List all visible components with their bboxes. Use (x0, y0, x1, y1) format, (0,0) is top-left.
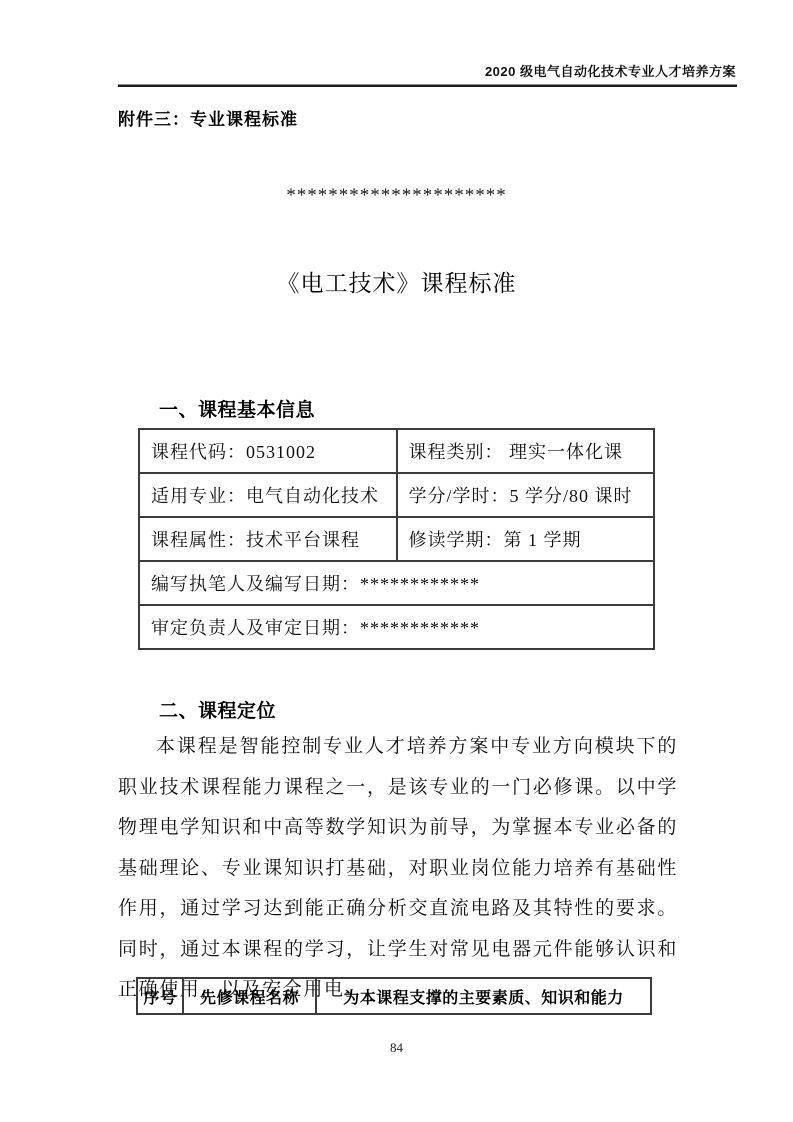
basic-info-table: 课程代码：0531002 课程类别： 理实一体化课 适用专业：电气自动化技术 学… (138, 428, 655, 650)
table-row: 适用专业：电气自动化技术 学分/学时：5 学分/80 课时 (139, 473, 654, 517)
table-row: 编写执笔人及编写日期：************ (139, 561, 654, 605)
study-semester-cell: 修读学期：第 1 学期 (397, 517, 655, 561)
attachment-heading: 附件三：专业课程标准 (118, 105, 298, 130)
course-code-cell: 课程代码：0531002 (139, 429, 397, 473)
stars-divider: ********************* (0, 185, 793, 207)
document-page: 2020 级电气自动化技术专业人才培养方案 附件三：专业课程标准 *******… (0, 0, 793, 1122)
credits-hours-cell: 学分/学时：5 学分/80 课时 (397, 473, 655, 517)
table-row: 课程代码：0531002 课程类别： 理实一体化课 (139, 429, 654, 473)
section-heading-positioning: 二、课程定位 (159, 696, 276, 723)
page-number: 84 (0, 1040, 793, 1056)
prereq-header-course-name: 先修课程名称 (183, 978, 316, 1014)
prerequisites-table: 序号 先修课程名称 为本课程支撑的主要素质、知识和能力 (136, 977, 652, 1015)
running-header-title: 2020 级电气自动化技术专业人才培养方案 (118, 61, 736, 80)
table-row: 课程属性：技术平台课程 修读学期：第 1 学期 (139, 517, 654, 561)
prereq-header-seq: 序号 (137, 978, 183, 1014)
course-category-cell: 课程类别： 理实一体化课 (397, 429, 655, 473)
document-title: 《电工技术》课程标准 (0, 265, 793, 298)
author-date-cell: 编写执笔人及编写日期：************ (139, 561, 654, 605)
course-attribute-cell: 课程属性：技术平台课程 (139, 517, 397, 561)
course-positioning-paragraph: 本课程是智能控制专业人才培养方案中专业方向模块下的职业技术课程能力课程之一，是该… (118, 727, 678, 1011)
table-header-row: 序号 先修课程名称 为本课程支撑的主要素质、知识和能力 (137, 978, 651, 1014)
header-divider-rule (118, 84, 737, 87)
applicable-major-cell: 适用专业：电气自动化技术 (139, 473, 397, 517)
prereq-header-support: 为本课程支撑的主要素质、知识和能力 (316, 978, 651, 1014)
section-heading-basic-info: 一、课程基本信息 (159, 395, 315, 422)
table-row: 审定负责人及审定日期：************ (139, 605, 654, 649)
reviewer-date-cell: 审定负责人及审定日期：************ (139, 605, 654, 649)
